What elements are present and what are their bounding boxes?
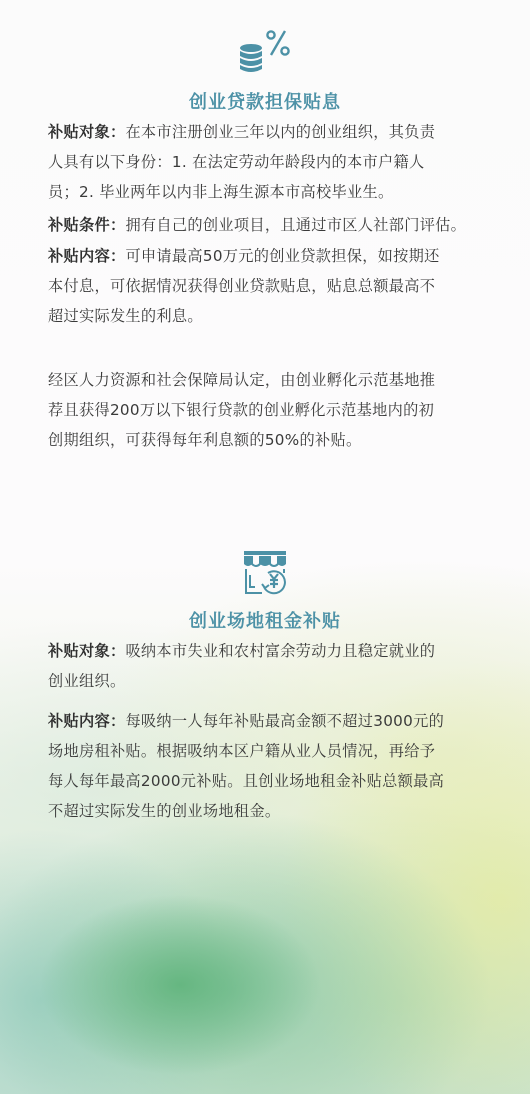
field-value: 每吸纳一人每年补贴最高金额不超过3000元的 bbox=[125, 712, 444, 730]
field-label: 补贴条件： bbox=[48, 216, 125, 234]
text-line: 人具有以下身份：1. 在法定劳动年龄段内的本市户籍人 bbox=[48, 147, 488, 177]
subsidy-content: 补贴内容：可申请最高50万元的创业贷款担保，如按期还 本付息，可依据情况获得创业… bbox=[48, 241, 488, 331]
text-line: 不超过实际发生的创业场地租金。 bbox=[48, 796, 488, 826]
text-line: 补贴内容：每吸纳一人每年补贴最高金额不超过3000元的 bbox=[48, 706, 488, 736]
incubator-note: 经区人力资源和社会保障局认定，由创业孵化示范基地推 荐且获得200万以下银行贷款… bbox=[48, 365, 488, 455]
subsidy-target: 补贴对象：吸纳本市失业和农村富余劳动力且稳定就业的 创业组织。 bbox=[48, 636, 488, 696]
field-label: 补贴内容： bbox=[48, 712, 125, 730]
field-value: 吸纳本市失业和农村富余劳动力且稳定就业的 bbox=[125, 642, 435, 660]
text-line: 补贴条件：拥有自己的创业项目，且通过市区人社部门评估。 bbox=[48, 210, 488, 240]
section-title: 创业场地租金补贴 bbox=[0, 607, 530, 633]
field-value: 在本市注册创业三年以内的创业组织，其负责 bbox=[125, 123, 435, 141]
text-line: 经区人力资源和社会保障局认定，由创业孵化示范基地推 bbox=[48, 365, 488, 395]
text-line: 创业组织。 bbox=[48, 666, 488, 696]
text-line: 本付息，可依据情况获得创业贷款贴息，贴息总额最高不 bbox=[48, 271, 488, 301]
text-line: 补贴内容：可申请最高50万元的创业贷款担保，如按期还 bbox=[48, 241, 488, 271]
field-value: 拥有自己的创业项目，且通过市区人社部门评估。 bbox=[125, 216, 466, 234]
subsidy-condition: 补贴条件：拥有自己的创业项目，且通过市区人社部门评估。 bbox=[48, 210, 488, 240]
text-line: 每人每年最高2000元补贴。且创业场地租金补贴总额最高 bbox=[48, 766, 488, 796]
field-label: 补贴内容： bbox=[48, 247, 125, 265]
section-loan-guarantee: 创业贷款担保贴息 补贴对象：在本市注册创业三年以内的创业组织，其负责 人具有以下… bbox=[0, 0, 530, 470]
coins-percent-icon bbox=[238, 28, 292, 74]
text-line: 创期组织，可获得每年利息额的50%的补贴。 bbox=[48, 425, 488, 455]
field-label: 补贴对象： bbox=[48, 642, 125, 660]
text-line: 补贴对象：吸纳本市失业和农村富余劳动力且稳定就业的 bbox=[48, 636, 488, 666]
field-label: 补贴对象： bbox=[48, 123, 125, 141]
storefront-yen-icon bbox=[242, 549, 288, 595]
section-title: 创业贷款担保贴息 bbox=[0, 88, 530, 114]
section-rent-subsidy: 创业场地租金补贴 补贴对象：吸纳本市失业和农村富余劳动力且稳定就业的 创业组织。… bbox=[0, 540, 530, 860]
field-value: 可申请最高50万元的创业贷款担保，如按期还 bbox=[125, 247, 439, 265]
text-line: 超过实际发生的利息。 bbox=[48, 301, 488, 331]
text-line: 荐且获得200万以下银行贷款的创业孵化示范基地内的初 bbox=[48, 395, 488, 425]
text-line: 员；2. 毕业两年以内非上海生源本市高校毕业生。 bbox=[48, 177, 488, 207]
subsidy-content: 补贴内容：每吸纳一人每年补贴最高金额不超过3000元的 场地房租补贴。根据吸纳本… bbox=[48, 706, 488, 826]
text-line: 补贴对象：在本市注册创业三年以内的创业组织，其负责 bbox=[48, 117, 488, 147]
watercolor-background bbox=[0, 860, 530, 1094]
text-line: 场地房租补贴。根据吸纳本区户籍从业人员情况，再给予 bbox=[48, 736, 488, 766]
subsidy-target: 补贴对象：在本市注册创业三年以内的创业组织，其负责 人具有以下身份：1. 在法定… bbox=[48, 117, 488, 207]
